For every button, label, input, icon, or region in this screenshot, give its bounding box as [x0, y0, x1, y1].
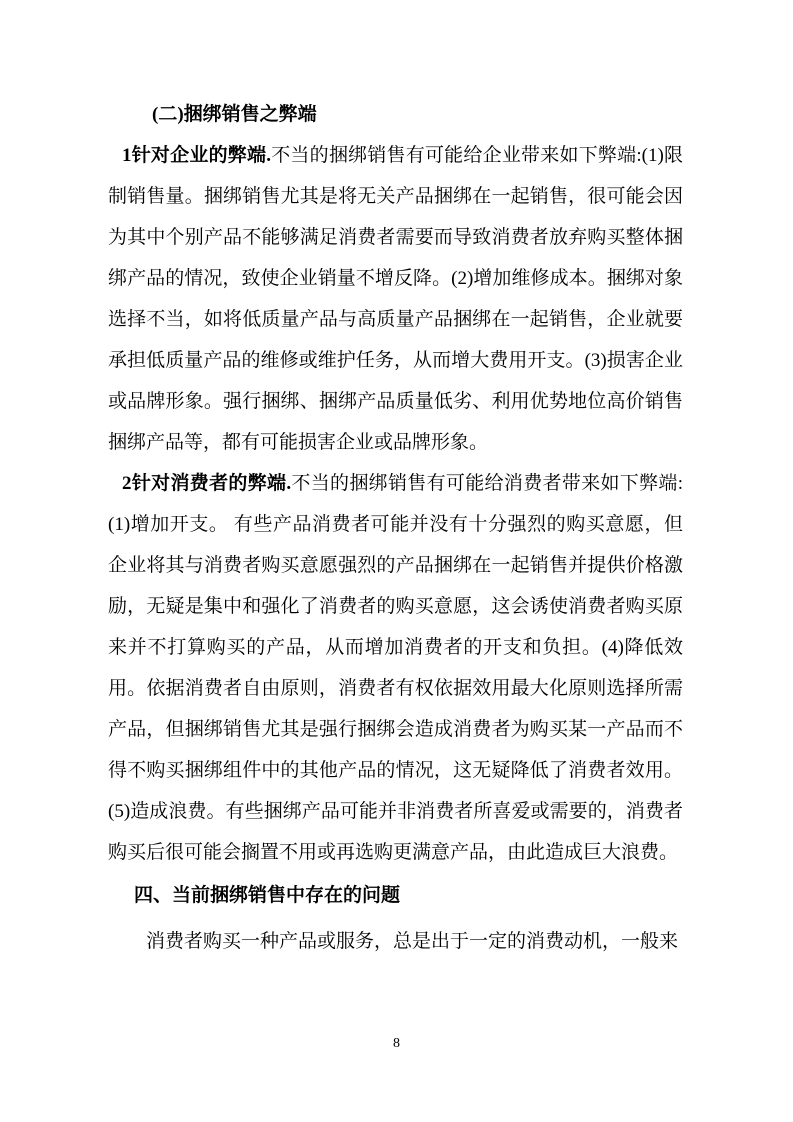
- paragraph-enterprise-body: 不当的捆绑销售有可能给企业带来如下弊端:(1)限制销售量。捆绑销售尤其是将无关产…: [108, 145, 683, 453]
- paragraph-consumer-motivation: 消费者购买一种产品或服务，总是出于一定的消费动机，一般来: [108, 921, 683, 962]
- document-page: (二)捆绑销售之弊端 1针对企业的弊端.不当的捆绑销售有可能给企业带来如下弊端:…: [0, 0, 793, 1122]
- paragraph-enterprise-lead: 1针对企业的弊端.: [122, 145, 271, 166]
- page-footer: 8: [0, 1034, 793, 1054]
- paragraph-consumer-drawbacks: 2针对消费者的弊端.不当的捆绑销售有可能给消费者带来如下弊端: (1)增加开支。…: [108, 463, 683, 873]
- document-content: (二)捆绑销售之弊端 1针对企业的弊端.不当的捆绑销售有可能给企业带来如下弊端:…: [108, 94, 683, 962]
- paragraph-consumer-body: 不当的捆绑销售有可能给消费者带来如下弊端: (1)增加开支。 有些产品消费者可能…: [108, 473, 683, 863]
- section-heading: (二)捆绑销售之弊端: [108, 94, 683, 135]
- paragraph-enterprise-drawbacks: 1针对企业的弊端.不当的捆绑销售有可能给企业带来如下弊端:(1)限制销售量。捆绑…: [108, 135, 683, 463]
- chapter-heading: 四、当前捆绑销售中存在的问题: [108, 875, 683, 916]
- page-number: 8: [393, 1036, 400, 1051]
- paragraph-consumer-lead: 2针对消费者的弊端.: [122, 473, 291, 494]
